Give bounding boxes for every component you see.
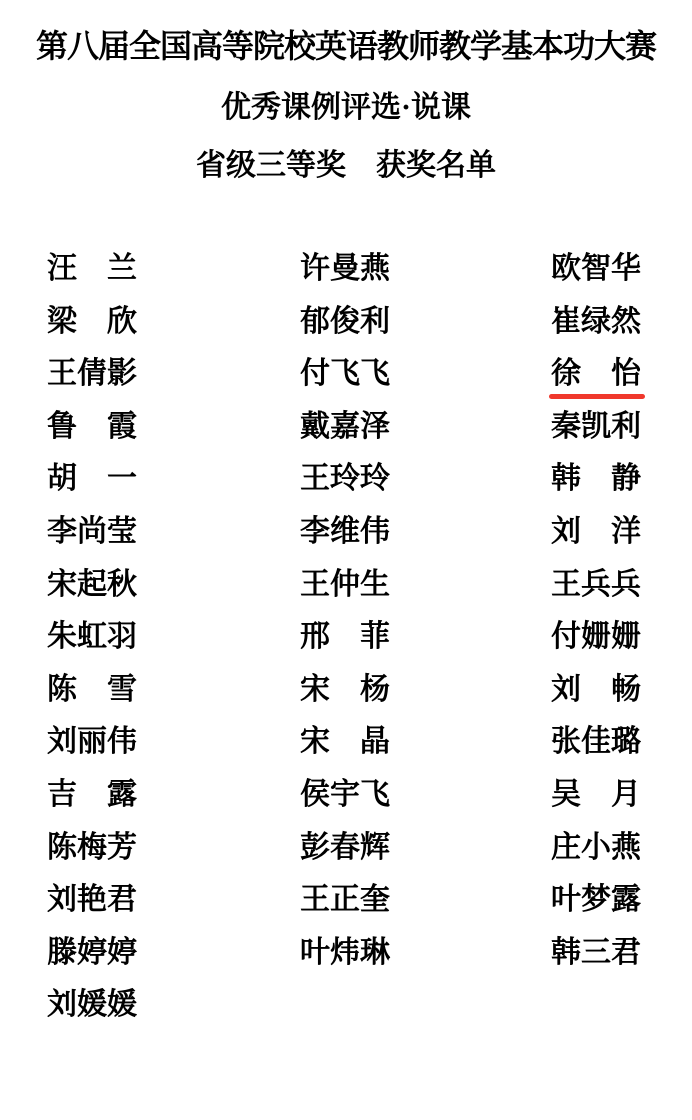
winner-name: 崔绿然 — [551, 306, 641, 338]
name-cell: 汪 兰 — [47, 253, 300, 306]
name-cell: 付飞飞 — [300, 358, 551, 411]
name-cell: 崔绿然 — [551, 306, 692, 359]
name-cell: 付姗姗 — [551, 621, 692, 674]
winner-name: 朱虹羽 — [47, 621, 137, 653]
name-cell: 滕婷婷 — [47, 937, 300, 990]
name-cell: 王兵兵 — [551, 569, 692, 622]
name-cell: 庄小燕 — [551, 832, 692, 885]
winner-name: 付飞飞 — [300, 358, 390, 390]
winner-name: 刘 畅 — [551, 674, 641, 706]
name-cell: 朱虹羽 — [47, 621, 300, 674]
name-cell: 李维伟 — [300, 516, 551, 569]
names-grid: 汪 兰许曼燕欧智华梁 欣郁俊利崔绿然王倩影付飞飞徐 怡鲁 霞戴嘉泽秦凯利胡 一王… — [47, 253, 692, 1042]
winner-name: 滕婷婷 — [47, 937, 137, 969]
winner-name: 汪 兰 — [47, 253, 137, 285]
name-cell: 鲁 霞 — [47, 411, 300, 464]
name-cell: 韩 静 — [551, 463, 692, 516]
name-cell: 王玲玲 — [300, 463, 551, 516]
winner-name: 邢 菲 — [300, 621, 390, 653]
winner-name: 宋起秋 — [47, 569, 137, 601]
winner-name: 彭春辉 — [300, 832, 390, 864]
winner-name: 侯宇飞 — [300, 779, 390, 811]
name-cell: 郁俊利 — [300, 306, 551, 359]
winner-name: 王兵兵 — [551, 569, 641, 601]
name-cell: 吉 露 — [47, 779, 300, 832]
name-cell: 吴 月 — [551, 779, 692, 832]
name-cell: 梁 欣 — [47, 306, 300, 359]
winner-name: 王正奎 — [300, 884, 390, 916]
winner-name: 叶梦露 — [551, 884, 641, 916]
name-cell: 戴嘉泽 — [300, 411, 551, 464]
winner-name: 梁 欣 — [47, 306, 137, 338]
winner-name: 许曼燕 — [300, 253, 390, 285]
name-cell: 秦凯利 — [551, 411, 692, 464]
winner-name-underlined: 徐 怡 — [551, 358, 641, 390]
document-page: 第八届全国高等院校英语教师教学基本功大赛 优秀课例评选·说课 省级三等奖 获奖名… — [0, 0, 692, 1120]
winner-name: 刘丽伟 — [47, 726, 137, 758]
winner-name: 李尚莹 — [47, 516, 137, 548]
name-cell: 邢 菲 — [300, 621, 551, 674]
name-cell: 王仲生 — [300, 569, 551, 622]
winner-name: 戴嘉泽 — [300, 411, 390, 443]
document-subtitle: 优秀课例评选·说课 — [0, 90, 692, 126]
name-cell: 陈 雪 — [47, 674, 300, 727]
title-block: 第八届全国高等院校英语教师教学基本功大赛 优秀课例评选·说课 省级三等奖 获奖名… — [0, 0, 692, 184]
winner-name: 李维伟 — [300, 516, 390, 548]
winner-name: 付姗姗 — [551, 621, 641, 653]
name-cell: 陈梅芳 — [47, 832, 300, 885]
name-cell — [551, 989, 692, 1042]
name-cell: 王正奎 — [300, 884, 551, 937]
winner-name: 吴 月 — [551, 779, 641, 811]
name-cell: 刘媛媛 — [47, 989, 300, 1042]
name-cell: 李尚莹 — [47, 516, 300, 569]
name-cell: 叶炜琳 — [300, 937, 551, 990]
winner-name: 庄小燕 — [551, 832, 641, 864]
document-title: 第八届全国高等院校英语教师教学基本功大赛 — [0, 27, 692, 65]
name-cell: 宋起秋 — [47, 569, 300, 622]
winner-name: 鲁 霞 — [47, 411, 137, 443]
name-cell: 宋 晶 — [300, 726, 551, 779]
name-cell: 王倩影 — [47, 358, 300, 411]
winner-name: 吉 露 — [47, 779, 137, 811]
name-cell: 欧智华 — [551, 253, 692, 306]
winner-name: 欧智华 — [551, 253, 641, 285]
red-underline-mark — [549, 394, 645, 399]
name-cell — [300, 989, 551, 1042]
name-cell: 张佳璐 — [551, 726, 692, 779]
name-cell: 侯宇飞 — [300, 779, 551, 832]
winner-name: 秦凯利 — [551, 411, 641, 443]
name-cell: 韩三君 — [551, 937, 692, 990]
winner-name: 宋 晶 — [300, 726, 390, 758]
winner-name: 叶炜琳 — [300, 937, 390, 969]
name-cell: 刘 畅 — [551, 674, 692, 727]
name-cell: 刘艳君 — [47, 884, 300, 937]
winner-name: 王仲生 — [300, 569, 390, 601]
winner-name: 张佳璐 — [551, 726, 641, 758]
winner-name: 陈 雪 — [47, 674, 137, 706]
name-cell: 刘 洋 — [551, 516, 692, 569]
name-cell: 叶梦露 — [551, 884, 692, 937]
name-cell: 徐 怡 — [551, 358, 692, 411]
winner-name: 王玲玲 — [300, 463, 390, 495]
name-cell: 胡 一 — [47, 463, 300, 516]
winner-name: 胡 一 — [47, 463, 137, 495]
winner-name: 刘媛媛 — [47, 989, 137, 1021]
winner-name: 陈梅芳 — [47, 832, 137, 864]
name-cell: 彭春辉 — [300, 832, 551, 885]
name-cell: 许曼燕 — [300, 253, 551, 306]
winner-name: 韩 静 — [551, 463, 641, 495]
award-level-heading: 省级三等奖 获奖名单 — [0, 148, 692, 184]
winner-name: 宋 杨 — [300, 674, 390, 706]
winner-name: 刘艳君 — [47, 884, 137, 916]
winner-name: 刘 洋 — [551, 516, 641, 548]
name-cell: 宋 杨 — [300, 674, 551, 727]
winner-name: 郁俊利 — [300, 306, 390, 338]
name-cell: 刘丽伟 — [47, 726, 300, 779]
winner-name: 韩三君 — [551, 937, 641, 969]
winner-name: 王倩影 — [47, 358, 137, 390]
